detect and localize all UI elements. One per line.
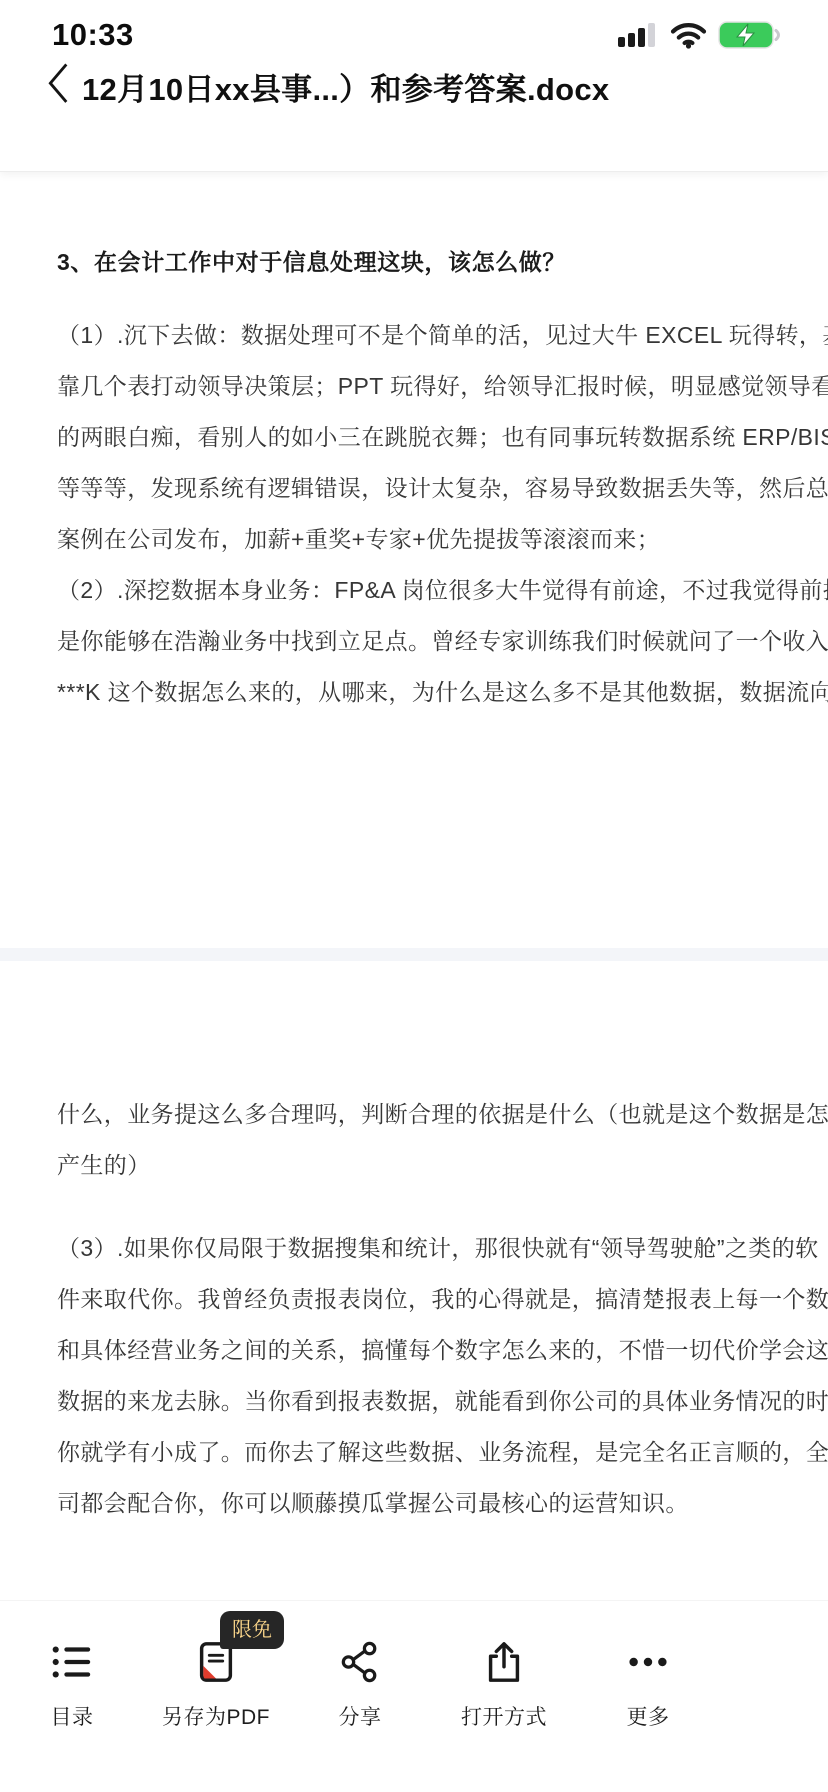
doc-line: 和具体经营业务之间的关系，搞懂每个数字怎么来的，不惜一切代价学会这些 [57, 1325, 770, 1376]
toolbar-label: 打开方式 [461, 1701, 547, 1731]
doc-line: （1）.沉下去做：数据处理可不是个简单的活，见过大牛 EXCEL 玩得转，基本 [57, 310, 770, 361]
more-dots-icon [625, 1637, 671, 1687]
status-bar: 10:33 [0, 0, 828, 50]
toolbar-label: 分享 [339, 1701, 382, 1731]
toolbar-item-more[interactable]: 更多 [576, 1631, 720, 1792]
wifi-icon [670, 22, 707, 49]
toc-icon [49, 1637, 95, 1687]
document-title: 12月10日xx县事...）和参考答案.docx [82, 64, 609, 109]
limited-free-badge: 限免 [220, 1611, 284, 1649]
battery-charging-icon [718, 21, 782, 49]
toolbar-item-save-as-pdf[interactable]: 限免 另存为PDF [144, 1631, 288, 1792]
status-icons [617, 21, 782, 49]
toolbar-label: 另存为PDF [162, 1701, 270, 1731]
doc-line: 案例在公司发布，加薪+重奖+专家+优先提拔等滚滚而来； [57, 514, 770, 565]
document-content: 3、在会计工作中对于信息处理这块，该怎么做？ （1）.沉下去做：数据处理可不是个… [0, 172, 828, 1600]
share-nodes-icon [337, 1637, 383, 1687]
doc-line: 产生的） [57, 1140, 770, 1191]
cellular-signal-icon [617, 22, 659, 48]
bottom-toolbar: 目录 限免 另存为PDF 分享 [0, 1600, 828, 1792]
page-separator [0, 948, 828, 961]
doc-page-2: 什么，业务提这么多合理吗，判断合理的依据是什么（也就是这个数据是怎么 产生的） … [0, 961, 828, 1600]
doc-line: 等等等，发现系统有逻辑错误，设计太复杂，容易导致数据丢失等，然后总结 [57, 463, 770, 514]
toolbar-item-contents[interactable]: 目录 [0, 1631, 144, 1792]
doc-line: 司都会配合你，你可以顺藤摸瓜掌握公司最核心的运营知识。 [57, 1478, 770, 1529]
doc-line: 是你能够在浩瀚业务中找到立足点。曾经专家训练我们时候就问了一个收入 [57, 616, 770, 667]
back-chevron-icon: 〈 [28, 63, 68, 107]
doc-line: 靠几个表打动领导决策层；PPT 玩得好，给领导汇报时候，明显感觉领导看你 [57, 361, 770, 412]
header: 10:33 [0, 0, 828, 172]
question-heading: 3、在会计工作中对于信息处理这块，该怎么做？ [57, 242, 770, 282]
nav-bar: 〈 12月10日xx县事...）和参考答案.docx [0, 50, 828, 109]
doc-line: 什么，业务提这么多合理吗，判断合理的依据是什么（也就是这个数据是怎么 [57, 1089, 770, 1140]
status-time: 10:33 [52, 17, 134, 53]
doc-line: 的两眼白痴，看别人的如小三在跳脱衣舞；也有同事玩转数据系统 ERP/BIS/BI [57, 412, 770, 463]
open-with-icon [481, 1637, 527, 1687]
doc-line: 件来取代你。我曾经负责报表岗位，我的心得就是，搞清楚报表上每一个数字 [57, 1274, 770, 1325]
document-viewer-screen: 10:33 [0, 0, 828, 1792]
doc-line: （3）.如果你仅局限于数据搜集和统计，那很快就有“领导驾驶舱”之类的软 [57, 1223, 770, 1274]
toolbar-label: 更多 [627, 1701, 670, 1731]
back-button[interactable]: 〈 [28, 65, 74, 109]
toolbar-item-open-with[interactable]: 打开方式 [432, 1631, 576, 1792]
doc-line: 数据的来龙去脉。当你看到报表数据，就能看到你公司的具体业务情况的时候， [57, 1376, 770, 1427]
toolbar-label: 目录 [51, 1701, 94, 1731]
toolbar-item-share[interactable]: 分享 [288, 1631, 432, 1792]
doc-page-1: 3、在会计工作中对于信息处理这块，该怎么做？ （1）.沉下去做：数据处理可不是个… [0, 172, 828, 948]
doc-line: 你就学有小成了。而你去了解这些数据、业务流程，是完全名正言顺的，全公 [57, 1427, 770, 1478]
doc-line: ***K 这个数据怎么来的，从哪来，为什么是这么多不是其他数据，数据流向是 [57, 667, 770, 718]
doc-line: （2）.深挖数据本身业务：FP&A 岗位很多大牛觉得有前途，不过我觉得前提 [57, 565, 770, 616]
